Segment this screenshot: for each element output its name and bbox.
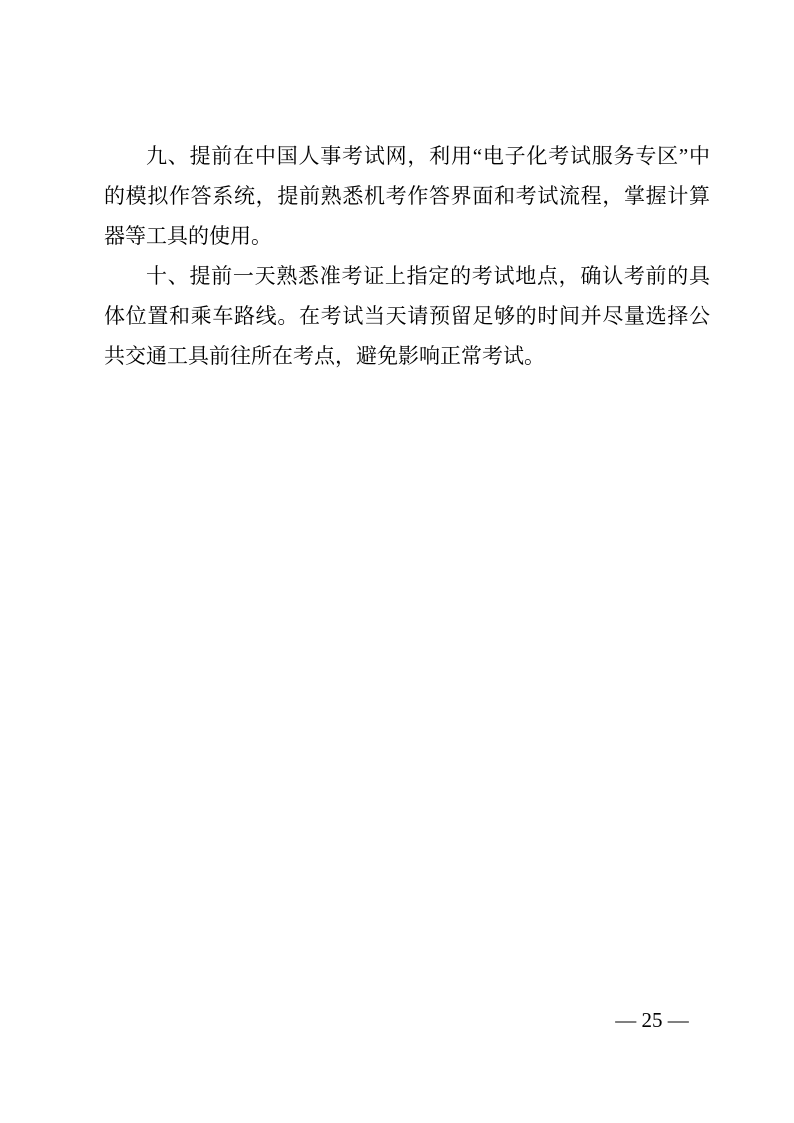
document-body: 九、提前在中国人事考试网，利用“电子化考试服务专区”中的模拟作答系统，提前熟悉机… bbox=[104, 136, 710, 376]
paragraph-item-10: 十、提前一天熟悉准考证上指定的考试地点，确认考前的具体位置和乘车路线。在考试当天… bbox=[104, 256, 710, 376]
page-number: — 25 — bbox=[572, 1006, 732, 1034]
paragraph-item-9: 九、提前在中国人事考试网，利用“电子化考试服务专区”中的模拟作答系统，提前熟悉机… bbox=[104, 136, 710, 256]
document-page: 九、提前在中国人事考试网，利用“电子化考试服务专区”中的模拟作答系统，提前熟悉机… bbox=[0, 0, 794, 1123]
